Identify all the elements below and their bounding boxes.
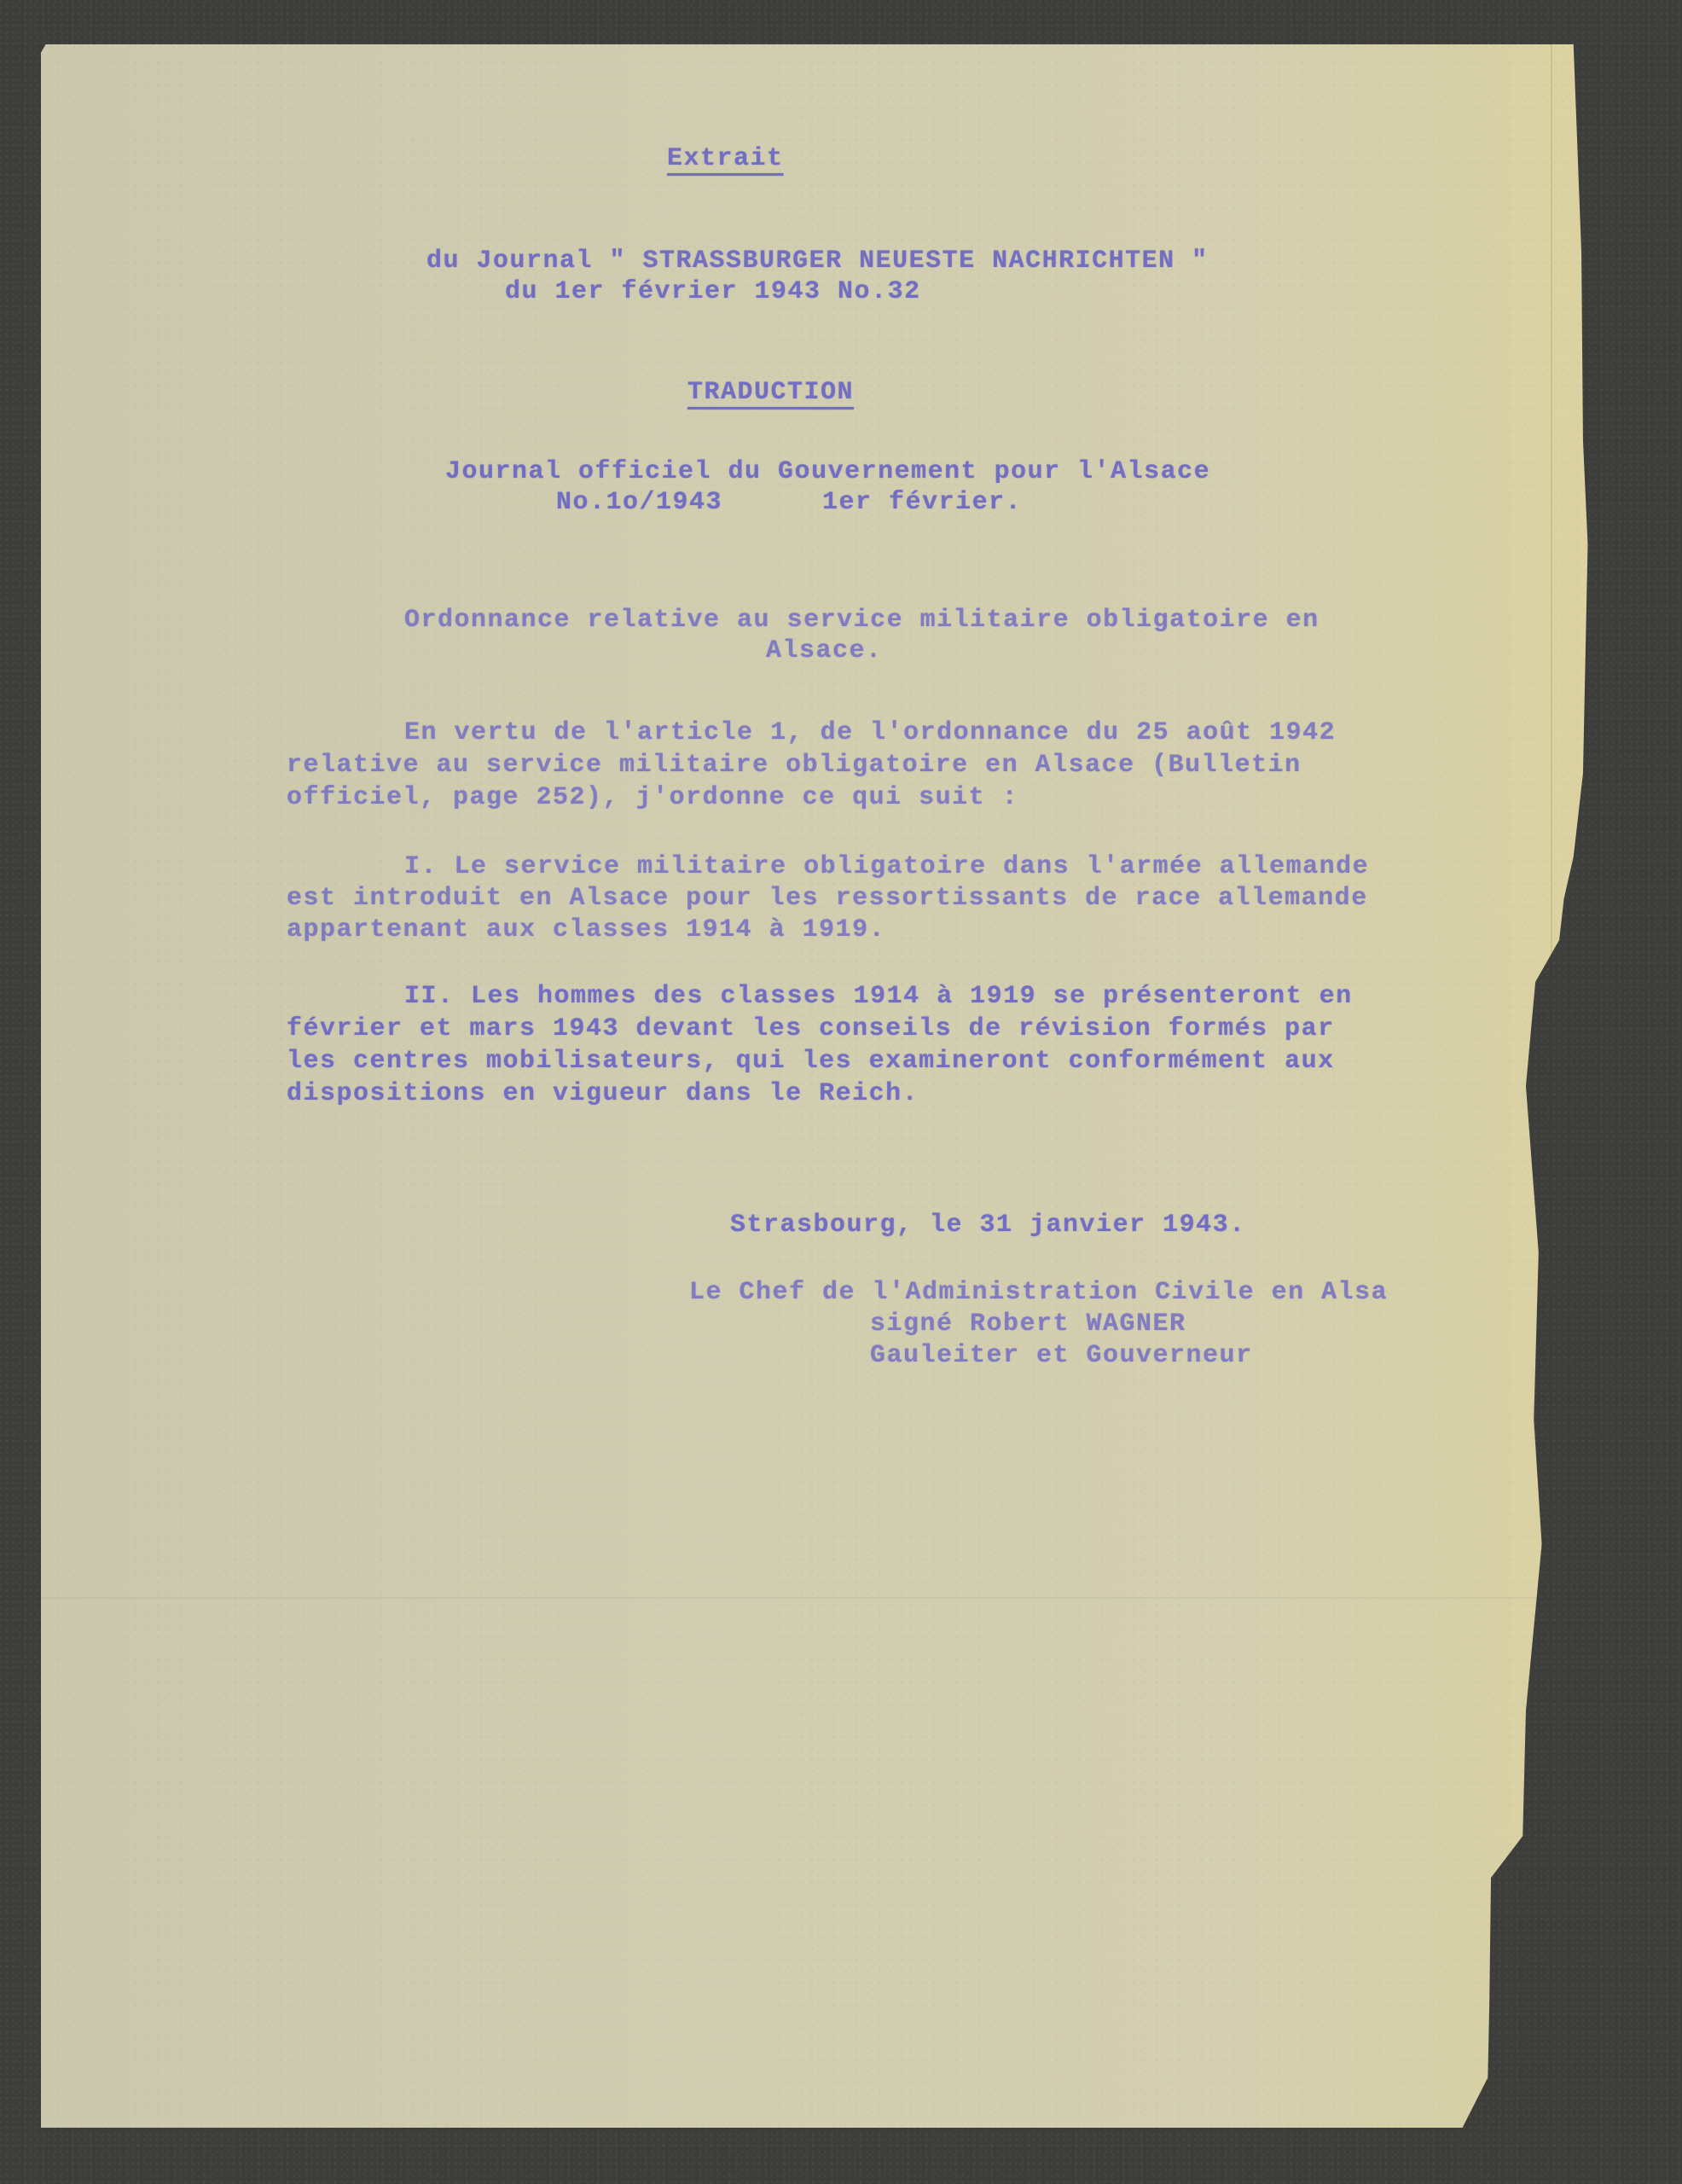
- preamble-line: officiel, page 252), j'ordonne ce qui su…: [287, 781, 1018, 815]
- place-date: Strasbourg, le 31 janvier 1943.: [730, 1208, 1246, 1242]
- article-line: les centres mobilisateurs, qui les exami…: [287, 1044, 1335, 1078]
- signature-name: signé Robert WAGNER: [870, 1307, 1186, 1341]
- paper-crease: [41, 1597, 1627, 1599]
- article-line: appartenant aux classes 1914 à 1919.: [287, 913, 885, 947]
- official-journal-number: No.1o/1943 1er février.: [556, 485, 1022, 520]
- signature-office: Le Chef de l'Administration Civile en Al…: [689, 1275, 1388, 1310]
- preamble-line: relative au service militaire obligatoir…: [287, 748, 1302, 782]
- signature-title: Gauleiter et Gouverneur: [870, 1339, 1253, 1373]
- article-line: est introduit en Alsace pour les ressort…: [287, 881, 1368, 915]
- preamble-line: En vertu de l'article 1, de l'ordonnance…: [404, 716, 1336, 750]
- ordinance-title-line1: Ordonnance relative au service militaire…: [404, 603, 1319, 637]
- source-date: du 1er février 1943 No.32: [505, 275, 921, 309]
- translation-heading: TRADUCTION: [687, 375, 854, 409]
- article-line: I. Le service militaire obligatoire dans…: [404, 850, 1369, 884]
- article-line: dispositions en vigueur dans le Reich.: [287, 1077, 919, 1111]
- article-line: II. Les hommes des classes 1914 à 1919 s…: [404, 979, 1353, 1014]
- document-title: Extrait: [667, 142, 784, 176]
- paper-fold: [1551, 44, 1552, 2128]
- ordinance-title-line2: Alsace.: [766, 634, 883, 668]
- official-journal-title: Journal officiel du Gouvernement pour l'…: [445, 455, 1210, 489]
- source-newspaper: du Journal " STRASSBURGER NEUESTE NACHRI…: [426, 244, 1209, 278]
- article-line: février et mars 1943 devant les conseils…: [287, 1012, 1335, 1046]
